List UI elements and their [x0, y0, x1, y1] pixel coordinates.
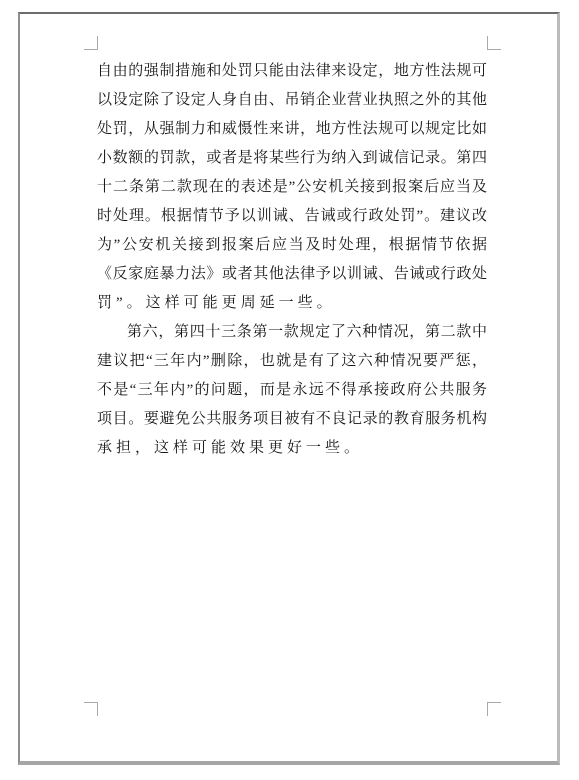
text-line[interactable]: 以设定除了设定人身自由、吊销企业营业执照之外的其他: [97, 86, 487, 115]
margin-mark-bottom-left-icon: [84, 702, 98, 716]
text-line[interactable]: 小数额的罚款，或者是将某些行为纳入到诚信记录。第四: [97, 144, 487, 173]
text-line[interactable]: 罚”。这样可能更周延一些。: [97, 289, 487, 318]
document-page[interactable]: 自由的强制措施和处罚只能由法律来设定，地方性法规可 以设定除了设定人身自由、吊销…: [18, 12, 560, 765]
text-line[interactable]: 不是“三年内”的问题，而是永远不得承接政府公共服务: [97, 376, 487, 405]
margin-mark-top-right-icon: [487, 36, 501, 50]
text-line[interactable]: 第六，第四十三条第一款规定了六种情况，第二款中: [97, 318, 487, 347]
text-line[interactable]: 建议把“三年内”删除，也就是有了这六种情况要严惩，: [97, 347, 487, 376]
text-line[interactable]: 承担，这样可能效果更好一些。: [97, 434, 487, 463]
text-line[interactable]: 为”公安机关接到报案后应当及时处理，根据情节依据: [97, 231, 487, 260]
text-line[interactable]: 时处理。根据情节予以训诫、告诫或行政处罚”。建议改: [97, 202, 487, 231]
document-canvas: 自由的强制措施和处罚只能由法律来设定，地方性法规可 以设定除了设定人身自由、吊销…: [0, 0, 579, 780]
text-line[interactable]: 项目。要避免公共服务项目被有不良记录的教育服务机构: [97, 405, 487, 434]
text-line[interactable]: 《反家庭暴力法》或者其他法律予以训诫、告诫或行政处: [97, 260, 487, 289]
text-area[interactable]: 自由的强制措施和处罚只能由法律来设定，地方性法规可 以设定除了设定人身自由、吊销…: [97, 57, 487, 463]
margin-mark-top-left-icon: [84, 36, 98, 50]
text-line[interactable]: 自由的强制措施和处罚只能由法律来设定，地方性法规可: [97, 57, 487, 86]
margin-mark-bottom-right-icon: [487, 702, 501, 716]
text-line[interactable]: 处罚，从强制力和威慑性来讲，地方性法规可以规定比如: [97, 115, 487, 144]
text-line[interactable]: 十二条第二款现在的表述是”公安机关接到报案后应当及: [97, 173, 487, 202]
